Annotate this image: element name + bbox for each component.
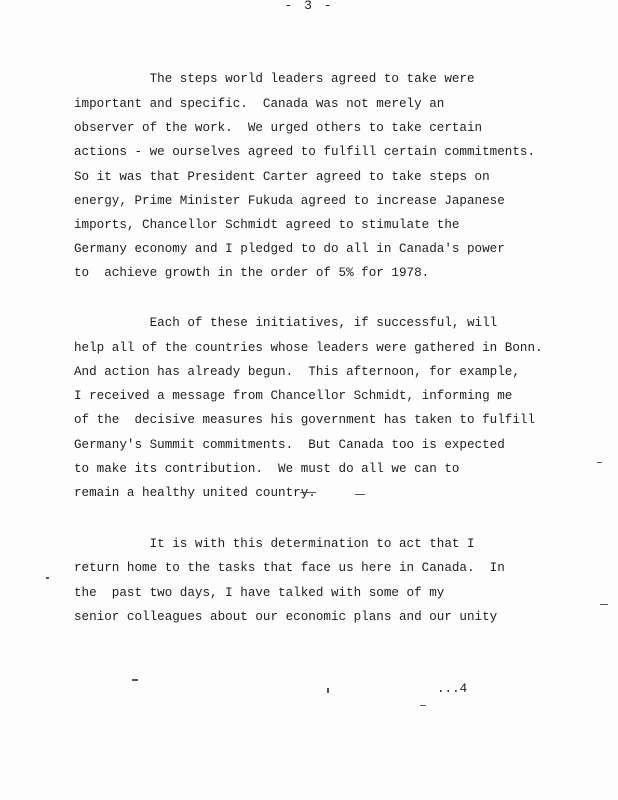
paragraph-1-line-5: So it was that President Carter agreed t… bbox=[74, 170, 490, 184]
paragraph-2-line-1: Each of these initiatives, if successful… bbox=[74, 316, 497, 330]
document-page: - 3 - The steps world leaders agreed to … bbox=[0, 0, 618, 800]
paragraph-2-line-6: Germany's Summit commitments. But Canada… bbox=[74, 438, 505, 452]
paragraph-2-line-7: to make its contribution. We must do all… bbox=[74, 462, 459, 476]
paragraph-3-line-1: It is with this determination to act tha… bbox=[74, 537, 475, 551]
paragraph-3-line-4: senior colleagues about our economic pla… bbox=[74, 610, 497, 624]
paragraph-1-line-6: energy, Prime Minister Fukuda agreed to … bbox=[74, 194, 505, 208]
scan-speck bbox=[132, 679, 138, 681]
paragraph-1-line-4: actions - we ourselves agreed to fulfill… bbox=[74, 145, 535, 159]
scan-speck bbox=[327, 688, 329, 693]
paragraph-2-line-8: remain a healthy united country. bbox=[74, 486, 316, 500]
scan-speck bbox=[300, 492, 316, 493]
paragraph-1-line-3: observer of the work. We urged others to… bbox=[74, 121, 482, 135]
continuation-marker: ...4 bbox=[437, 682, 467, 696]
page-number: - 3 - bbox=[0, 0, 618, 13]
scan-speck bbox=[600, 604, 608, 605]
paragraph-2-line-5: of the decisive measures his government … bbox=[74, 413, 535, 427]
paragraph-3-line-2: return home to the tasks that face us he… bbox=[74, 561, 505, 575]
scan-speck bbox=[46, 577, 49, 579]
scan-speck bbox=[420, 705, 426, 706]
paragraph-1-line-7: imports, Chancellor Schmidt agreed to st… bbox=[74, 218, 459, 232]
paragraph-1-line-2: important and specific. Canada was not m… bbox=[74, 97, 444, 111]
scan-speck bbox=[355, 494, 365, 495]
paragraph-1-line-8: Germany economy and I pledged to do all … bbox=[74, 242, 505, 256]
scan-speck bbox=[597, 462, 602, 463]
paragraph-1-line-9: to achieve growth in the order of 5% for… bbox=[74, 266, 429, 280]
paragraph-2-line-2: help all of the countries whose leaders … bbox=[74, 341, 543, 355]
paragraph-3-line-3: the past two days, I have talked with so… bbox=[74, 586, 444, 600]
paragraph-1-line-1: The steps world leaders agreed to take w… bbox=[74, 72, 475, 86]
paragraph-2-line-4: I received a message from Chancellor Sch… bbox=[74, 389, 512, 403]
paragraph-2-line-3: And action has already begun. This after… bbox=[74, 365, 520, 379]
